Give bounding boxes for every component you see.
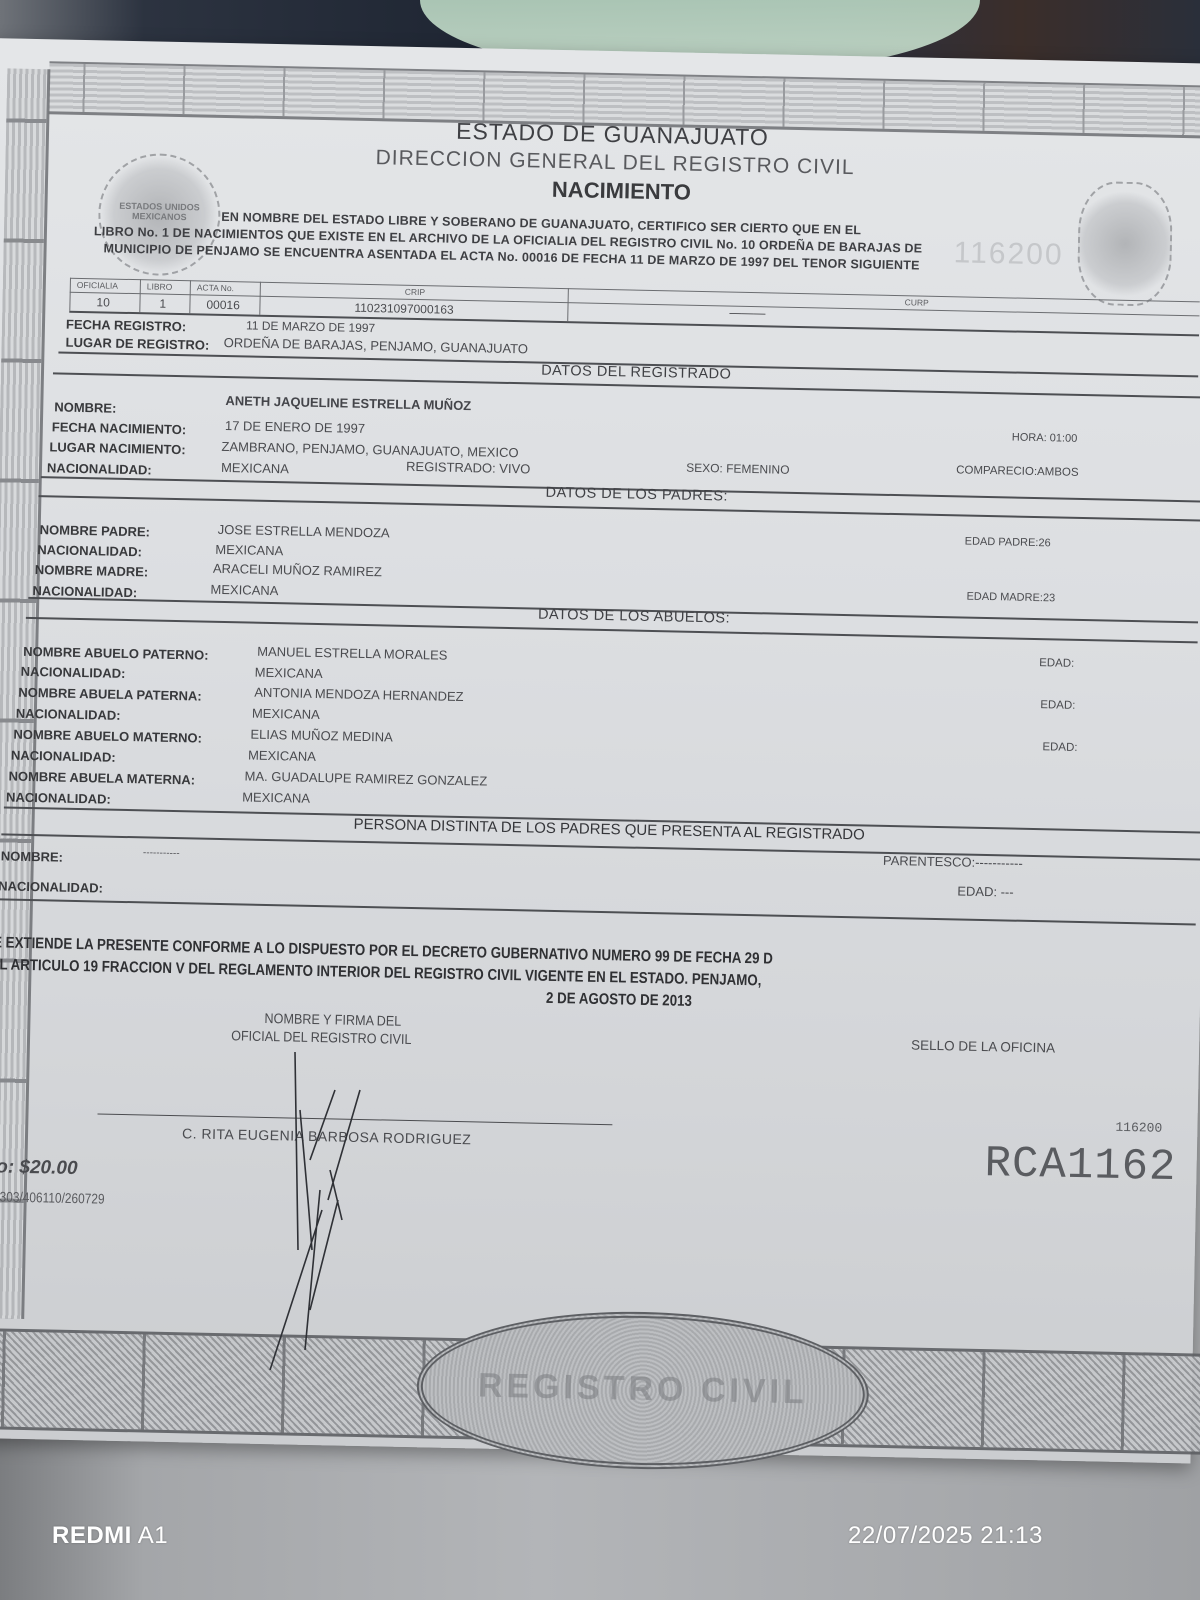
section-registrado-title: DATOS DEL REGISTRADO xyxy=(541,363,732,383)
document-type: NACIMIENTO xyxy=(552,177,691,206)
fecha-nacimiento-value: 17 DE ENERO DE 1997 xyxy=(225,418,365,436)
abuela-paterna-nacionalidad-label: NACIONALIDAD: xyxy=(16,706,121,723)
state-coat-of-arms-icon xyxy=(1077,181,1174,307)
header-crip: CRIP xyxy=(405,287,426,297)
abuela-materna-nacionalidad-value: MEXICANA xyxy=(242,789,310,805)
lugar-nacimiento-value: ZAMBRANO, PENJAMO, GUANAJUATO, MEXICO xyxy=(221,439,518,460)
value-acta: 00016 xyxy=(206,298,240,313)
fecha-nacimiento-label: FECHA NACIMIENTO: xyxy=(52,419,187,437)
header-agency: DIRECCION GENERAL DEL REGISTRO CIVIL xyxy=(375,146,854,180)
hora-nacimiento: HORA: 01:00 xyxy=(1012,431,1078,444)
fecha-registro-label: FECHA REGISTRO: xyxy=(66,317,186,335)
section-abuelos-title: DATOS DE LOS ABUELOS: xyxy=(538,607,730,627)
abuelo-paterno-value: MANUEL ESTRELLA MORALES xyxy=(257,644,448,663)
presentante-nacionalidad-label: NACIONALIDAD: xyxy=(0,878,103,895)
header-state: ESTADO DE GUANAJUATO xyxy=(456,118,769,152)
presentante-parentesco: PARENTESCO:----------- xyxy=(883,853,1023,871)
abuela-paterna-nacionalidad-value: MEXICANA xyxy=(252,706,320,722)
registrado-status: REGISTRADO: VIVO xyxy=(406,459,531,477)
abuela-materna-nacionalidad-label: NACIONALIDAD: xyxy=(6,790,111,807)
abuela-paterna-value: ANTONIA MENDOZA HERNANDEZ xyxy=(254,685,464,704)
sexo: SEXO: FEMENINO xyxy=(686,461,790,477)
official-name: C. RITA EUGENIA BARBOSA RODRIGUEZ xyxy=(182,1125,472,1147)
reference-number: 230303/406110/260729 xyxy=(0,1188,105,1207)
header-oficialia: OFICIALIA xyxy=(77,280,118,291)
lugar-registro-value: ORDEÑA DE BARAJAS, PENJAMO, GUANAJUATO xyxy=(224,335,529,356)
camera-watermark-model: REDMI A1 xyxy=(52,1522,168,1550)
section-padres-title: DATOS DE LOS PADRES: xyxy=(545,485,728,505)
seal-caption: SELLO DE LA OFICINA xyxy=(911,1038,1055,1056)
nacionalidad-label: NACIONALIDAD: xyxy=(47,460,152,477)
madre-label: NOMBRE MADRE: xyxy=(35,562,149,579)
closing-date: 2 DE AGOSTO DE 2013 xyxy=(546,990,692,1011)
presentante-nombre-label: NOMBRE: xyxy=(1,848,63,864)
edad-madre: EDAD MADRE:23 xyxy=(966,591,1055,605)
national-seal-icon: ESTADOS UNIDOS MEXICANOS xyxy=(97,152,222,277)
header-curp: CURP xyxy=(905,297,929,308)
abuelo-paterno-nacionalidad-label: NACIONALIDAD: xyxy=(21,664,126,681)
abuelo-materno-nacionalidad-value: MEXICANA xyxy=(248,748,316,764)
presentante-nombre-value: ----------- xyxy=(143,847,180,859)
comparecio: COMPARECIO:AMBOS xyxy=(956,464,1079,479)
camera-watermark-datetime: 22/07/2025 21:13 xyxy=(848,1522,1043,1550)
abuelo-paterno-edad: EDAD: xyxy=(1039,657,1074,670)
header-acta: ACTA No. xyxy=(197,282,234,293)
lugar-registro-label: LUGAR DE REGISTRO: xyxy=(65,335,209,353)
ghost-serial: 116200 xyxy=(953,236,1064,272)
nacionalidad-value: MEXICANA xyxy=(221,460,289,476)
padre-nacionalidad-value: MEXICANA xyxy=(215,542,283,558)
value-crip: 110231097000163 xyxy=(354,301,453,317)
serial-small: 116200 xyxy=(1115,1120,1162,1136)
padre-nacionalidad-label: NACIONALIDAD: xyxy=(37,542,142,559)
edad-padre: EDAD PADRE:26 xyxy=(965,536,1051,550)
abuelo-materno-edad: EDAD: xyxy=(1042,741,1077,754)
abuela-materna-label: NOMBRE ABUELA MATERNA: xyxy=(8,769,195,788)
signature-caption-1: NOMBRE Y FIRMA DEL xyxy=(264,1010,401,1029)
abuela-paterna-label: NOMBRE ABUELA PATERNA: xyxy=(18,685,202,704)
padre-value: JOSE ESTRELLA MENDOZA xyxy=(218,522,390,541)
fecha-registro-value: 11 DE MARZO DE 1997 xyxy=(246,318,375,335)
padre-label: NOMBRE PADRE: xyxy=(40,522,151,539)
value-libro: 1 xyxy=(159,297,166,311)
value-oficialia: 10 xyxy=(96,295,110,309)
abuelo-materno-label: NOMBRE ABUELO MATERNO: xyxy=(13,727,202,746)
nombre-label: NOMBRE: xyxy=(54,399,116,415)
nombre-value: ANETH JAQUELINE ESTRELLA MUÑOZ xyxy=(225,393,471,413)
serial-number: RCA1162 xyxy=(984,1139,1177,1193)
header-libro: LIBRO xyxy=(147,281,173,292)
abuelo-materno-nacionalidad-label: NACIONALIDAD: xyxy=(11,748,116,765)
presentante-edad: EDAD: --- xyxy=(957,883,1014,899)
price: cio: $20.00 xyxy=(0,1156,78,1180)
abuelo-paterno-nacionalidad-value: MEXICANA xyxy=(255,665,323,681)
value-curp: ——— xyxy=(729,306,765,321)
signature-line xyxy=(97,1113,612,1125)
madre-nacionalidad-value: MEXICANA xyxy=(210,582,278,598)
abuela-materna-value: MA. GUADALUPE RAMIREZ GONZALEZ xyxy=(244,768,487,788)
abuela-paterna-edad: EDAD: xyxy=(1040,699,1075,712)
abuelo-materno-value: ELIAS MUÑOZ MEDINA xyxy=(250,727,393,745)
signature-caption-2: OFICIAL DEL REGISTRO CIVIL xyxy=(231,1027,412,1047)
lugar-nacimiento-label: LUGAR NACIMIENTO: xyxy=(49,439,186,457)
madre-value: ARACELI MUÑOZ RAMIREZ xyxy=(213,561,382,580)
birth-certificate: ESTADOS UNIDOS MEXICANOS 116200 ESTADO D… xyxy=(0,38,1200,1463)
abuelo-paterno-label: NOMBRE ABUELO PATERNO: xyxy=(23,644,209,663)
